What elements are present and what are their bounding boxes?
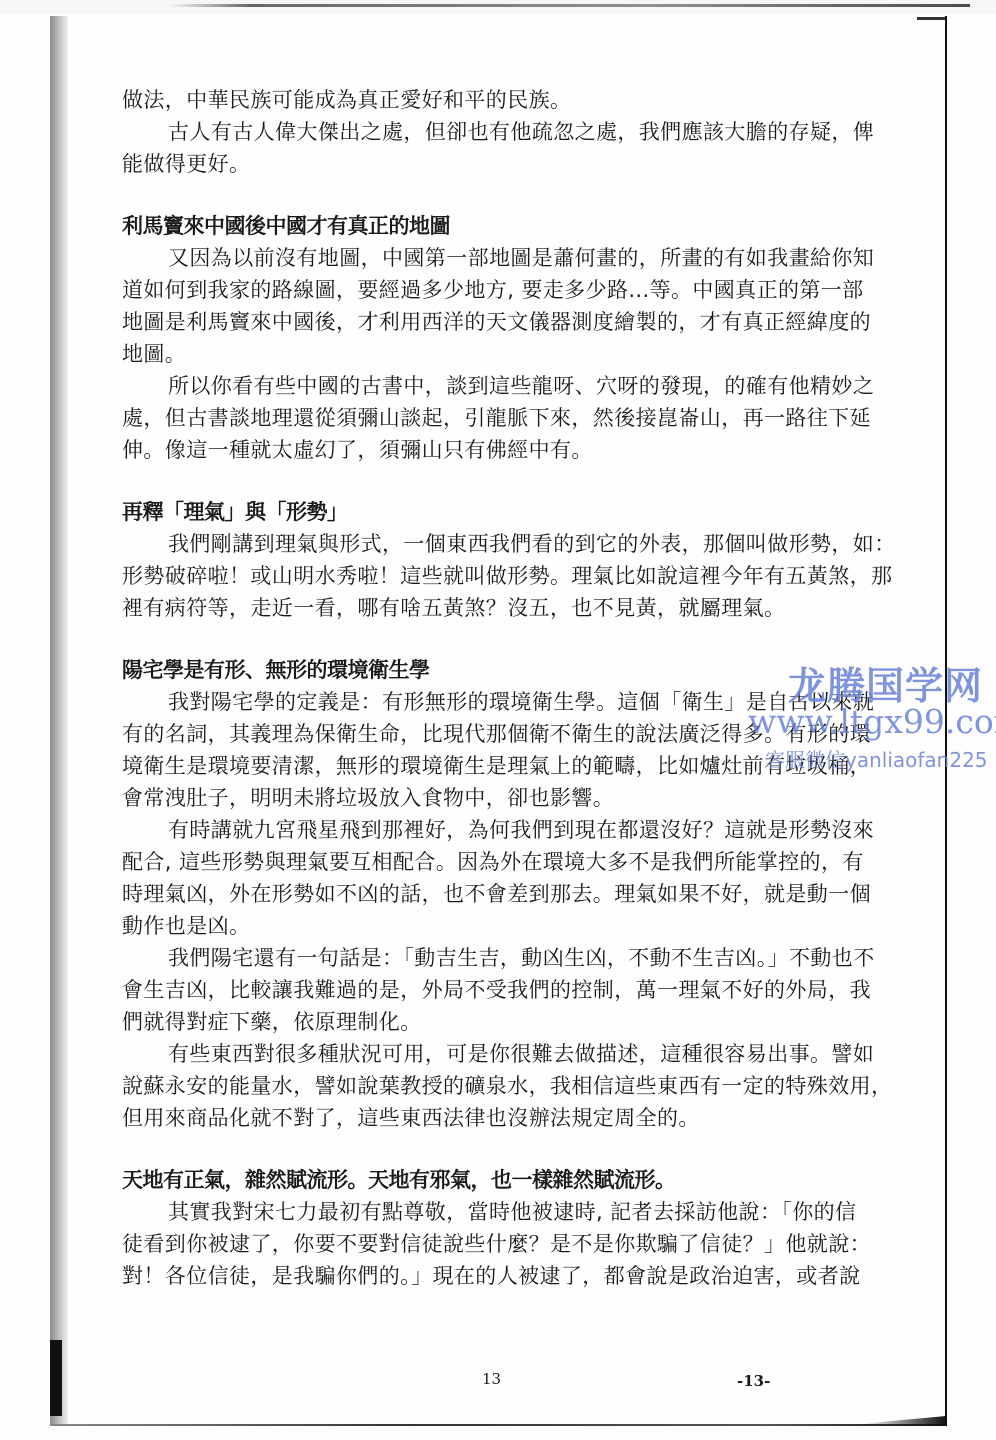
paragraph-line: 做法，中華民族可能成為真正愛好和平的民族。 bbox=[122, 84, 857, 116]
paragraph-line: 配合, 這些形勢與理氣要互相配合。因為外在環境大多不是我們所能掌控的，有 bbox=[122, 846, 857, 878]
paragraph-line: 會常洩肚子，明明未將垃圾放入食物中，卻也影響。 bbox=[122, 782, 857, 814]
section-heading: 天地有正氣，雜然賦流形。天地有邪氣，也一樣雜然賦流形。 bbox=[122, 1164, 857, 1196]
paragraph-line: 對！各位信徒，是我騙你們的。」現在的人被逮了，都會說是政治迫害，或者說 bbox=[122, 1260, 857, 1292]
page-left-binding-shadow bbox=[50, 16, 68, 1424]
paragraph-line: 裡有病符等，走近一看，哪有啥五黃煞？沒五，也不見黃，就屬理氣。 bbox=[122, 592, 857, 624]
page-bottom-edge bbox=[50, 1424, 947, 1426]
paragraph-line: 其實我對宋七力最初有點尊敬，當時他被逮時, 記者去採訪他說：「你的信 bbox=[122, 1196, 857, 1228]
paragraph-line: 有的名詞，其義理為保衛生命，比現代那個衛不衛生的說法廣泛得多。有形的環 bbox=[122, 718, 857, 750]
paragraph-line: 處，但古書談地理還從須彌山談起，引龍脈下來，然後接崑崙山，再一路往下延 bbox=[122, 402, 857, 434]
paragraph-line: 會生吉凶，比較讓我難過的是，外局不受我們的控制，萬一理氣不好的外局，我 bbox=[122, 974, 857, 1006]
paragraph-line: 但用來商品化就不對了，這些東西法律也沒辦法規定周全的。 bbox=[122, 1102, 857, 1134]
paragraph-line: 有些東西對很多種狀況可用，可是你很難去做描述，這種很容易出事。譬如 bbox=[122, 1038, 857, 1070]
section-heading: 利馬竇來中國後中國才有真正的地圖 bbox=[122, 210, 857, 242]
page-left-edge-dark bbox=[50, 1340, 62, 1416]
page-content: 做法，中華民族可能成為真正愛好和平的民族。 古人有古人偉大傑出之處，但卻也有他疏… bbox=[122, 84, 857, 1292]
paragraph-line: 我們陽宅還有一句話是：「動吉生吉，動凶生凶，不動不生吉凶。」不動也不 bbox=[122, 942, 857, 974]
scan-top-edge-line bbox=[170, 4, 970, 7]
paragraph-line: 地圖是利馬竇來中國後，才利用西洋的天文儀器測度繪製的，才有真正經緯度的 bbox=[122, 306, 857, 338]
paragraph-line: 有時講就九宮飛星飛到那裡好，為何我們到現在都還沒好？這就是形勢沒來 bbox=[122, 814, 857, 846]
section-heading: 陽宅學是有形、無形的環境衛生學 bbox=[122, 654, 857, 686]
paragraph-line: 伸。像這一種就太虛幻了，須彌山只有佛經中有。 bbox=[122, 434, 857, 466]
paragraph-line: 境衛生是環境要清潔，無形的環境衛生是理氣上的範疇，比如爐灶前有垃圾桶， bbox=[122, 750, 857, 782]
paragraph-line: 我們剛講到理氣與形式，一個東西我們看的到它的外表，那個叫做形勢，如： bbox=[122, 528, 857, 560]
page-number-center: 13 bbox=[482, 1370, 501, 1388]
scan-corner-mark bbox=[917, 17, 945, 20]
page-number-right: -13- bbox=[737, 1372, 770, 1390]
paragraph-line: 所以你看有些中國的古書中，談到這些龍呀、穴呀的發現，的確有他精妙之 bbox=[122, 370, 857, 402]
watermark-contact: 客服微信yanliaofan225 bbox=[765, 744, 988, 773]
paragraph-line: 我對陽宅學的定義是：有形無形的環境衛生學。這個「衛生」是自古以來就 bbox=[122, 686, 857, 718]
paragraph-line: 時理氣凶，外在形勢如不凶的話，也不會差到那去。理氣如果不好，就是動一個 bbox=[122, 878, 857, 910]
paragraph-line: 又因為以前沒有地圖，中國第一部地圖是蕭何畫的，所畫的有如我畫給你知 bbox=[122, 242, 857, 274]
section-heading: 再釋「理氣」與「形勢」 bbox=[122, 496, 857, 528]
paragraph-line: 徒看到你被逮了，你要不要對信徒說些什麼？是不是你欺騙了信徒？」他就說： bbox=[122, 1228, 857, 1260]
paragraph-line: 形勢破碎啦！或山明水秀啦！這些就叫做形勢。理氣比如說這裡今年有五黃煞，那 bbox=[122, 560, 857, 592]
paragraph-line: 動作也是凶。 bbox=[122, 910, 857, 942]
watermark-url: www.ltgx99.com bbox=[748, 702, 996, 741]
paragraph-line: 道如何到我家的路線圖，要經過多少地方, 要走多少路...等。中國真正的第一部 bbox=[122, 274, 857, 306]
paragraph-line: 們就得對症下藥，依原理制化。 bbox=[122, 1006, 857, 1038]
paragraph-line: 能做得更好。 bbox=[122, 148, 857, 180]
paragraph-line: 地圖。 bbox=[122, 338, 857, 370]
paragraph-line: 說蘇永安的能量水，譬如說葉教授的礦泉水，我相信這些東西有一定的特殊效用， bbox=[122, 1070, 857, 1102]
paragraph-line: 古人有古人偉大傑出之處，但卻也有他疏忽之處，我們應該大膽的存疑，俾 bbox=[122, 116, 857, 148]
scan-top-band bbox=[0, 0, 996, 14]
